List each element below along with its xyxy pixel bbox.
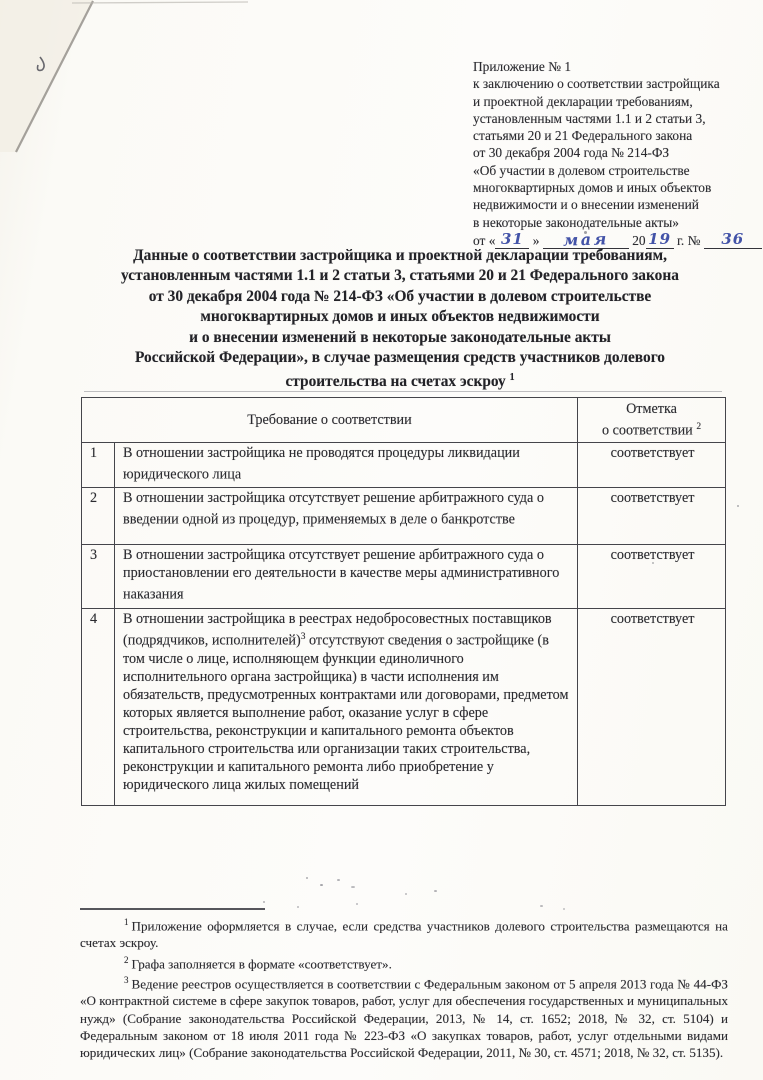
footnotes-section: 1Приложение оформляется в случае, если с…: [80, 908, 728, 1061]
footnote-ref: 1: [124, 917, 129, 927]
appendix-line: Приложение № 1: [473, 58, 763, 75]
appendix-line: установленным частями 1.1 и 2 статьи 3,: [473, 110, 763, 127]
row-compliance-mark: соответствует: [578, 488, 726, 545]
title-line: Данные о соответствии застройщика и прое…: [75, 246, 725, 266]
appendix-line: статьями 20 и 21 Федерального закона: [473, 127, 763, 144]
footnote-text: Графа заполняется в формате «соответству…: [132, 956, 392, 971]
compliance-table: Требование о соответствии Отметка о соот…: [81, 397, 726, 806]
scan-ghost-line: [84, 391, 722, 392]
row-compliance-mark: соответствует: [578, 442, 726, 488]
mark-header-line1: Отметка: [582, 400, 721, 418]
row-number: 2: [82, 488, 115, 545]
table-row: 1 В отношении застройщика не проводятся …: [82, 442, 726, 488]
row-compliance-mark: соответствует: [578, 609, 726, 806]
footnote-ref: 2: [124, 955, 129, 965]
footnote-text: Приложение оформляется в случае, если ср…: [80, 918, 728, 950]
scan-speck: [434, 890, 437, 892]
scan-speck: [320, 884, 323, 886]
appendix-line: от 30 декабря 2004 года № 214-ФЗ: [473, 144, 763, 161]
appendix-line: многоквартирных домов и иных объектов: [473, 179, 763, 196]
scan-speck: [405, 893, 407, 895]
scan-speck: [584, 231, 587, 234]
mark-header-line2: о соответствии 2: [582, 418, 721, 440]
requirement-column-header: Требование о соответствии: [82, 398, 578, 443]
scan-speck: [263, 901, 265, 903]
footnote-ref: 3: [124, 975, 129, 985]
mark-column-header: Отметка о соответствии 2: [578, 398, 726, 443]
scanned-document-page: Приложение № 1 к заключению о соответств…: [0, 0, 763, 1080]
footnote: 2Графа заполняется в формате «соответств…: [80, 952, 728, 972]
table-row: 4 В отношении застройщика в реестрах нед…: [82, 609, 726, 806]
footnote: 3Ведение реестров осуществляется в соотв…: [80, 972, 728, 1061]
appendix-reference-block: Приложение № 1 к заключению о соответств…: [473, 58, 763, 249]
appendix-line: в некоторые законодательные акты»: [473, 214, 763, 231]
page-corner-fold-icon: [0, 0, 260, 170]
appendix-line: и проектной декларации требованиям,: [473, 93, 763, 110]
title-footnote-ref: 1: [510, 372, 515, 383]
table-row: 2 В отношении застройщика отсутствует ре…: [82, 488, 726, 545]
row-requirement: В отношении застройщика отсутствует реше…: [115, 545, 578, 609]
title-line-text: строительства на счетах эскроу: [285, 374, 505, 391]
appendix-line: «Об участии в долевом строительстве: [473, 162, 763, 179]
scan-speck: [737, 505, 739, 507]
scan-speck: [351, 886, 355, 888]
scan-speck: [540, 905, 543, 907]
appendix-line: к заключению о соответствии застройщика: [473, 75, 763, 92]
footnote: 1Приложение оформляется в случае, если с…: [80, 914, 728, 952]
appendix-line: недвижимости и о внесении изменений: [473, 196, 763, 213]
title-line: Российской Федерации», в случае размещен…: [75, 348, 725, 368]
title-line: установленным частями 1.1 и 2 статьи 3, …: [75, 266, 725, 286]
title-line: и о внесении изменений в некоторые закон…: [75, 328, 725, 348]
row-requirement: В отношении застройщика не проводятся пр…: [115, 442, 578, 488]
mark-header-line2-text: о соответствии: [602, 423, 693, 439]
row-requirement: В отношении застройщика в реестрах недоб…: [115, 609, 578, 806]
footnote-text: Ведение реестров осуществляется в соотве…: [80, 976, 728, 1059]
scan-speck: [356, 903, 358, 905]
row-number: 4: [82, 609, 115, 806]
requirement-text-cont: отсутствуют сведения о застройщике (в то…: [123, 633, 568, 793]
title-line: строительства на счетах эскроу 1: [75, 368, 725, 393]
row-requirement: В отношении застройщика отсутствует реше…: [115, 488, 578, 545]
scan-speck: [297, 906, 299, 908]
title-line: от 30 декабря 2004 года № 214-ФЗ «Об уча…: [75, 287, 725, 307]
document-title: Данные о соответствии застройщика и прое…: [75, 246, 725, 393]
row-number: 1: [82, 442, 115, 488]
scan-speck: [563, 908, 565, 910]
row-compliance-mark: соответствует: [578, 545, 726, 609]
scan-speck: [652, 562, 654, 564]
footnote-separator-rule: [80, 908, 265, 910]
requirement-text: В отношении застройщика не проводятся пр…: [123, 445, 520, 483]
scan-speck: [306, 877, 308, 879]
row-number: 3: [82, 545, 115, 609]
requirement-text: В отношении застройщика отсутствует реше…: [123, 490, 544, 528]
table-header-row: Требование о соответствии Отметка о соот…: [82, 398, 726, 443]
scan-speck: [337, 879, 340, 881]
title-line: многоквартирных домов и иных объектов не…: [75, 307, 725, 327]
table-row: 3 В отношении застройщика отсутствует ре…: [82, 545, 726, 609]
requirement-text: В отношении застройщика отсутствует реше…: [123, 547, 559, 603]
mark-header-footnote-ref: 2: [696, 422, 701, 432]
